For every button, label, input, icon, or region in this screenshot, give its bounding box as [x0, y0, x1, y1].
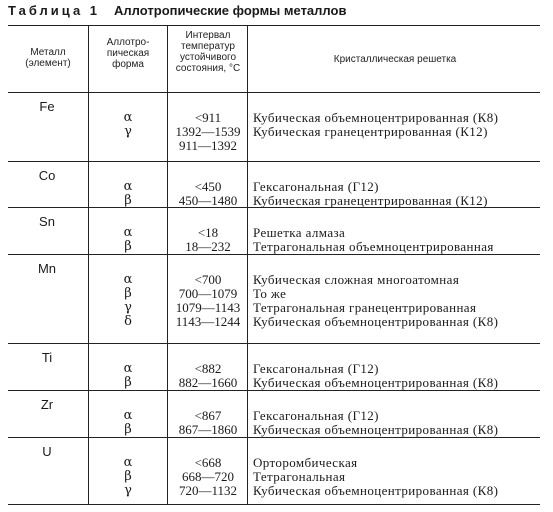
form-symbol: γ: [92, 301, 164, 315]
column-divider: [167, 25, 168, 504]
temp-range: 450—1480: [170, 194, 246, 208]
form-symbol: β: [92, 287, 164, 301]
temp-range: 668—720: [170, 470, 246, 484]
metal-symbol: Mn: [12, 262, 82, 276]
crystal-lattice: Гексагональная (Г12)Кубическая объемноце…: [253, 362, 538, 390]
lattice-type: То же: [253, 287, 538, 301]
lattice-type: Кубическая объемноцентрированная (К8): [253, 484, 538, 498]
form-symbol: β: [92, 240, 164, 254]
crystal-lattice: Решетка алмазаТетрагональная объемноцент…: [253, 226, 538, 254]
lattice-type: Кубическая гранецентрированная (К12): [253, 125, 538, 139]
temperature-interval: <450450—1480: [170, 180, 246, 208]
temp-range: 911—1392: [170, 139, 246, 153]
header-lattice: Кристаллическая решетка: [250, 54, 540, 65]
temp-range: <882: [170, 362, 246, 376]
temperature-interval: <882882—1660: [170, 362, 246, 390]
lattice-type: Кубическая гранецентрированная (К12): [253, 194, 538, 208]
temp-range: <668: [170, 456, 246, 470]
lattice-type: Гексагональная (Г12): [253, 180, 538, 194]
temp-range: <18: [170, 226, 246, 240]
lattice-type: Кубическая сложная многоатомная: [253, 273, 538, 287]
header-interval: Интервал температур устойчивого состояни…: [172, 30, 244, 74]
lattice-type: Тетрагональная гранецентрированная: [253, 301, 538, 315]
metal-symbol: Ti: [12, 351, 82, 365]
allotropic-forms: αβγδ: [92, 273, 164, 329]
temp-range: 1079—1143: [170, 301, 246, 315]
allotropic-forms: αγ: [92, 111, 164, 139]
lattice-type: Решетка алмаза: [253, 226, 538, 240]
lattice-type: Орторомбическая: [253, 456, 538, 470]
temperature-interval: <1818—232: [170, 226, 246, 254]
temp-range: <867: [170, 409, 246, 423]
column-divider: [88, 25, 89, 504]
crystal-lattice: Гексагональная (Г12)Кубическая объемноце…: [253, 409, 538, 437]
form-symbol: α: [92, 273, 164, 287]
temp-range: <911: [170, 111, 246, 125]
form-symbol: γ: [92, 125, 164, 139]
lattice-type: Кубическая объемноцентрированная (К8): [253, 315, 538, 329]
lattice-type: Кубическая объемноцентрированная (К8): [253, 111, 538, 125]
header-form: Аллотро-пическая форма: [92, 37, 164, 70]
temperature-interval: <867867—1860: [170, 409, 246, 437]
metal-symbol: Zr: [12, 398, 82, 412]
table-title: Таблица 1Аллотропические формы металлов: [8, 3, 346, 18]
crystal-lattice: Кубическая сложная многоатомнаяТо жеТетр…: [253, 273, 538, 329]
lattice-type: Тетрагональная: [253, 470, 538, 484]
temperature-interval: <9111392—1539911—1392: [170, 111, 246, 153]
temp-range: <450: [170, 180, 246, 194]
form-symbol: α: [92, 362, 164, 376]
temp-range: 700—1079: [170, 287, 246, 301]
temp-range: 867—1860: [170, 423, 246, 437]
crystal-lattice: Кубическая объемноцентрированная (К8)Куб…: [253, 111, 538, 139]
form-symbol: β: [92, 194, 164, 208]
temperature-interval: <700700—10791079—11431143—1244: [170, 273, 246, 329]
allotropic-forms: αβ: [92, 409, 164, 437]
lattice-type: Гексагональная (Г12): [253, 409, 538, 423]
form-symbol: β: [92, 376, 164, 390]
temp-range: 720—1132: [170, 484, 246, 498]
bottom-rule: [8, 504, 540, 505]
form-symbol: β: [92, 423, 164, 437]
metal-symbol: Fe: [12, 100, 82, 114]
lattice-type: Тетрагональная объемноцентрированная: [253, 240, 538, 254]
form-symbol: α: [92, 456, 164, 470]
allotropic-forms: αβ: [92, 180, 164, 208]
temp-range: 882—1660: [170, 376, 246, 390]
form-symbol: α: [92, 111, 164, 125]
form-symbol: α: [92, 409, 164, 423]
metal-symbol: Co: [12, 169, 82, 183]
lattice-type: Кубическая объемноцентрированная (К8): [253, 423, 538, 437]
table-caption: Аллотропические формы металлов: [114, 3, 346, 18]
allotropic-forms: αβ: [92, 226, 164, 254]
allotropic-forms: αβγ: [92, 456, 164, 498]
lattice-type: Гексагональная (Г12): [253, 362, 538, 376]
form-symbol: β: [92, 470, 164, 484]
temp-range: 1143—1244: [170, 315, 246, 329]
form-symbol: α: [92, 180, 164, 194]
table-number: Таблица 1: [8, 3, 100, 18]
form-symbol: δ: [92, 315, 164, 329]
lattice-type: Кубическая объемноцентрированная (К8): [253, 376, 538, 390]
temp-range: 1392—1539: [170, 125, 246, 139]
allotropic-forms: αβ: [92, 362, 164, 390]
form-symbol: α: [92, 226, 164, 240]
metal-symbol: Sn: [12, 215, 82, 229]
crystal-lattice: ОрторомбическаяТетрагональнаяКубическая …: [253, 456, 538, 498]
temp-range: 18—232: [170, 240, 246, 254]
metal-symbol: U: [12, 445, 82, 459]
temperature-interval: <668668—720720—1132: [170, 456, 246, 498]
header-metal: Металл (элемент): [12, 47, 84, 69]
column-divider: [247, 25, 248, 504]
crystal-lattice: Гексагональная (Г12)Кубическая гранецент…: [253, 180, 538, 208]
temp-range: <700: [170, 273, 246, 287]
form-symbol: γ: [92, 484, 164, 498]
